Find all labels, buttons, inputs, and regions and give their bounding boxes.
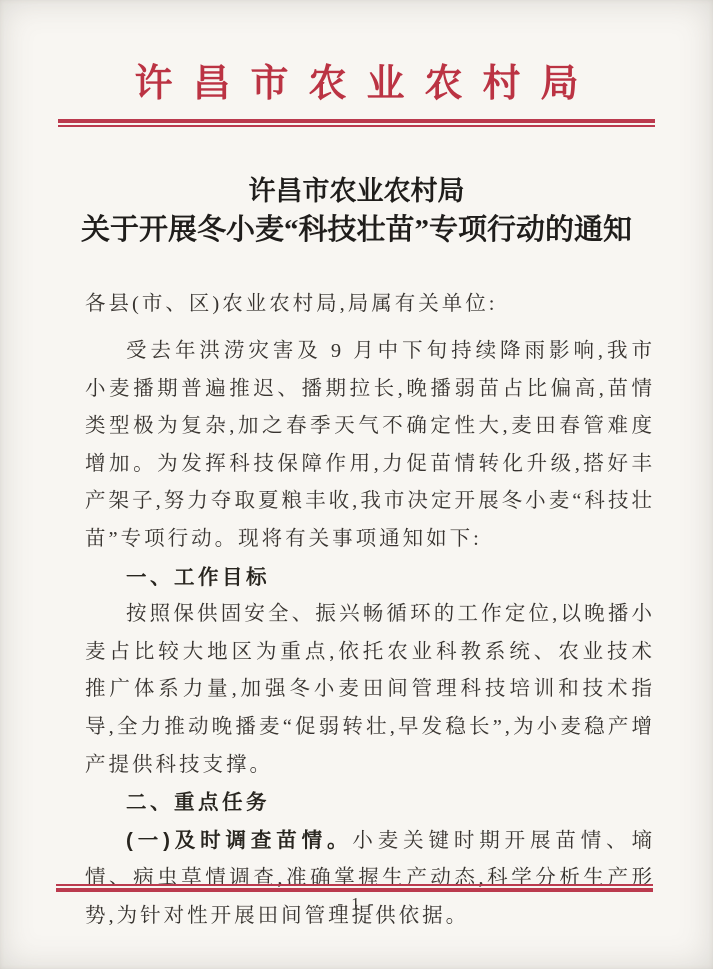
document-body: 各县(市、区)农业农村局,局属有关单位: 受去年洪涝灾害及 9 月中下旬持续降雨… [85, 286, 655, 936]
document-title: 许昌市农业农村局 关于开展冬小麦“科技壮苗”专项行动的通知 [0, 173, 713, 250]
footer-divider-thick-line [56, 888, 653, 892]
document-page: 许昌市农业农村局 许昌市农业农村局 关于开展冬小麦“科技壮苗”专项行动的通知 各… [0, 0, 713, 969]
page-number: - 1 - [0, 894, 713, 914]
section-heading-work-goal: 一、工作目标 [85, 559, 655, 597]
footer-divider [56, 884, 653, 892]
paragraph-introduction: 受去年洪涝灾害及 9 月中下旬持续降雨影响,我市小麦播期普遍推迟、播期拉长,晚播… [85, 333, 655, 559]
task-1-lead: (一)及时调查苗情。 [126, 829, 352, 852]
document-title-line-2: 关于开展冬小麦“科技壮苗”专项行动的通知 [0, 210, 713, 250]
paragraph-task-1: (一)及时调查苗情。小麦关键时期开展苗情、墒情、病虫草情调查,准确掌握生产动态,… [85, 822, 655, 936]
header-divider-thin-line [58, 125, 655, 127]
section-heading-key-tasks: 二、重点任务 [85, 784, 655, 822]
letterhead-org-name: 许昌市农业农村局 [0, 0, 713, 106]
salutation-line: 各县(市、区)农业农村局,局属有关单位: [85, 286, 655, 324]
document-title-line-1: 许昌市农业农村局 [0, 173, 713, 210]
paragraph-work-goal: 按照保供固安全、振兴畅循环的工作定位,以晚播小麦占比较大地区为重点,依托农业科教… [85, 596, 655, 784]
header-divider [58, 119, 655, 127]
